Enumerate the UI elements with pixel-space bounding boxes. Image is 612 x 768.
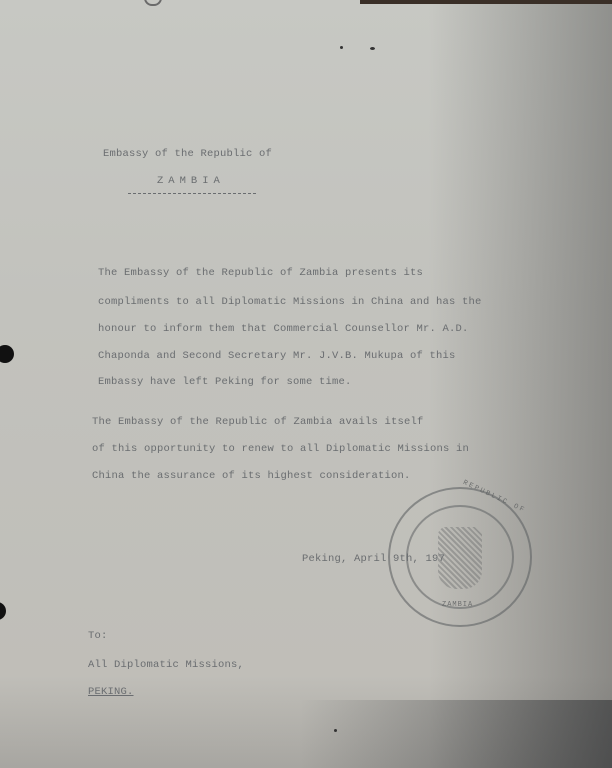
place-and-date: Peking, April 9th, 197 [302,553,445,565]
paperclip-icon [144,0,162,6]
ink-speck [370,47,375,50]
letterhead-country: ZAMBIA [157,175,225,187]
body-line: honour to inform them that Commercial Co… [98,323,469,335]
to-label: To: [88,630,108,642]
body-line: Chaponda and Second Secretary Mr. J.V.B.… [98,350,456,362]
body-line: China the assurance of its highest consi… [92,470,411,482]
ink-speck [334,729,337,732]
letterhead-title: Embassy of the Republic of [103,148,272,160]
body-line: The Embassy of the Republic of Zambia pr… [98,267,423,279]
body-line: Embassy have left Peking for some time. [98,376,352,388]
punch-hole-icon [0,602,6,620]
document-page: Embassy of the Republic of ZAMBIA The Em… [0,0,612,768]
body-line: compliments to all Diplomatic Missions i… [98,296,482,308]
recipient: All Diplomatic Missions, [88,659,244,671]
body-line: of this opportunity to renew to all Dipl… [92,443,469,455]
seal-bottom-text: ZAMBIA [442,601,473,609]
shadow [300,700,612,768]
body-line: The Embassy of the Republic of Zambia av… [92,416,424,428]
ink-speck [340,46,343,49]
punch-hole-icon [0,345,14,363]
recipient-city: PEKING. [88,686,134,698]
page-top-edge [360,0,612,4]
letterhead-underline [128,193,256,194]
